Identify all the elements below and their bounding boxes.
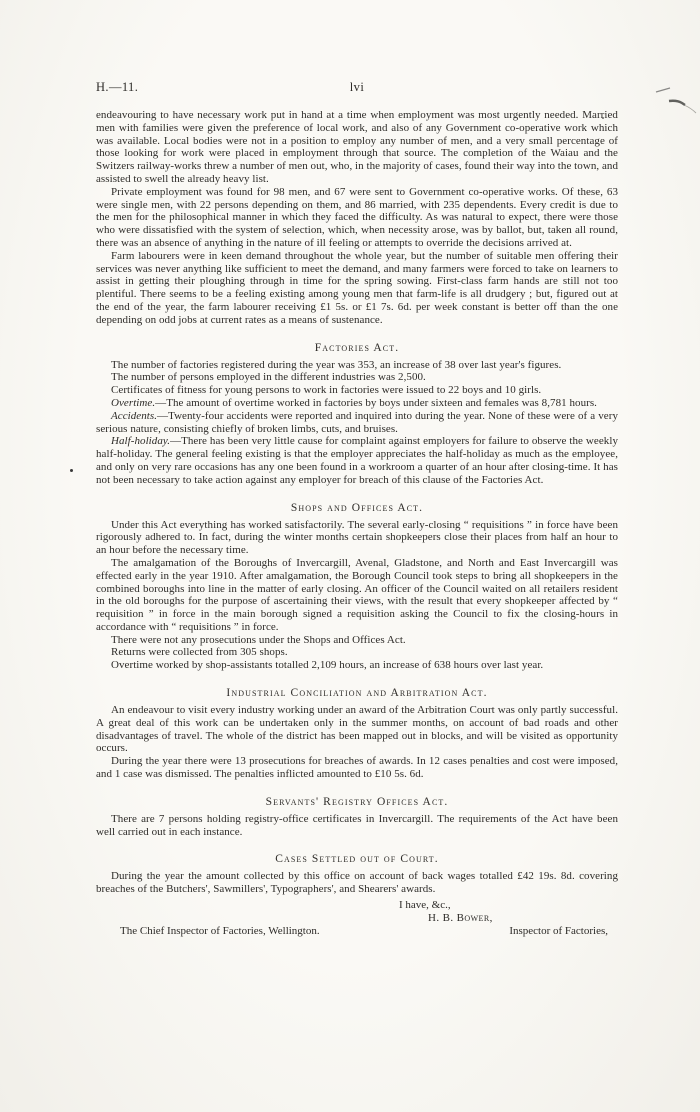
- paragraph: Accidents.—Twenty-four accidents were re…: [96, 410, 618, 436]
- pencil-scribble-mark: [612, 76, 700, 124]
- paragraph: Under this Act everything has worked sat…: [96, 519, 618, 557]
- paragraph: Half-holiday.—There has been very little…: [96, 435, 618, 486]
- paragraph: Certificates of fitness for young person…: [96, 384, 618, 397]
- paragraph: There are 7 persons holding registry-off…: [96, 813, 618, 839]
- paragraph: There were not any prosecutions under th…: [96, 634, 618, 647]
- section-heading: Servants' Registry Offices Act.: [96, 796, 618, 808]
- paragraph: Farm labourers were in keen demand throu…: [96, 250, 618, 327]
- page-number: lvi: [350, 80, 364, 95]
- closing-salutation: I have, &c.,: [96, 899, 618, 912]
- header-spacer: [364, 80, 618, 95]
- paragraph: The amalgamation of the Boroughs of Inve…: [96, 557, 618, 634]
- paragraph-lead: Half-holiday.: [111, 435, 170, 447]
- paragraph: An endeavour to visit every industry wor…: [96, 704, 618, 755]
- paragraph: The number of persons employed in the di…: [96, 371, 618, 384]
- closing-title: Inspector of Factories,: [509, 925, 608, 938]
- signature-name: H. B. Bower,: [96, 912, 618, 925]
- section-heading: Cases Settled out of Court.: [96, 853, 618, 865]
- paragraph: During the year the amount collected by …: [96, 870, 618, 896]
- paragraph: Overtime worked by shop-assistants total…: [96, 659, 618, 672]
- scanned-report-page: { "page": { "header_left": "H.—11.", "he…: [0, 0, 700, 1112]
- paragraph: Returns were collected from 305 shops.: [96, 646, 618, 659]
- paragraph: Overtime.—The amount of overtime worked …: [96, 397, 618, 410]
- closing-address: The Chief Inspector of Factories, Wellin…: [120, 925, 320, 938]
- paragraph-lead: Overtime.: [111, 397, 155, 409]
- paragraph: The number of factories registered durin…: [96, 359, 618, 372]
- running-header: H.—11. lvi: [96, 80, 618, 95]
- section-heading: Shops and Offices Act.: [96, 502, 618, 514]
- ink-spot-mark: [70, 469, 73, 472]
- paragraph-lead: Accidents.: [111, 410, 157, 422]
- paragraph: endeavouring to have necessary work put …: [96, 109, 618, 186]
- report-number: H.—11.: [96, 80, 350, 95]
- closing-block: I have, &c., H. B. Bower, The Chief Insp…: [96, 899, 618, 939]
- page-content: H.—11. lvi endeavouring to have necessar…: [96, 80, 618, 939]
- section-heading: Industrial Conciliation and Arbitration …: [96, 687, 618, 699]
- closing-last-line: The Chief Inspector of Factories, Wellin…: [96, 925, 618, 938]
- section-heading: Factories Act.: [96, 342, 618, 354]
- paragraph: Private employment was found for 98 men,…: [96, 186, 618, 250]
- document-body: endeavouring to have necessary work put …: [96, 109, 618, 896]
- paper-speck-mark: [602, 117, 604, 119]
- paragraph: During the year there were 13 prosecutio…: [96, 755, 618, 781]
